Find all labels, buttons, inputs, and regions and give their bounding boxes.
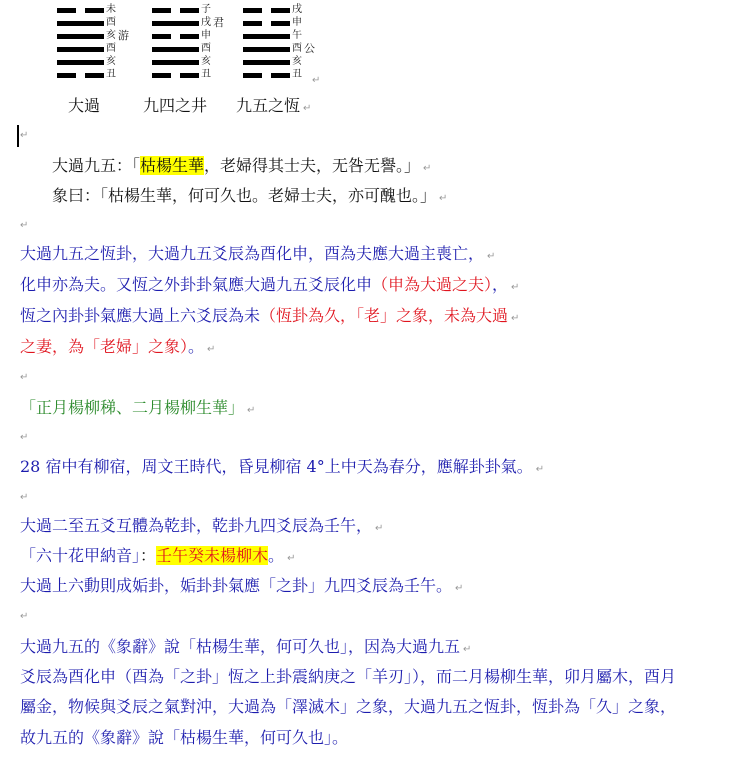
para4-line2-text: 爻辰為酉化申（酉為「之卦」恆之上卦震納庚之「羊刃」），而二月楊柳生華，卯月屬木，…: [20, 667, 676, 686]
para2-text: 28 宿中有柳宿，周文王時代，昏見柳宿 4°上中天為春分，應解卦卦氣。: [20, 457, 533, 476]
para1-line1-text: 大過九五之恆卦，大過九五爻辰為酉化申，酉為夫應大過主喪亡，: [20, 244, 484, 263]
paragraph-mark: ↵: [20, 611, 28, 622]
branch-label: 申: [201, 31, 211, 41]
para1-line3: 恆之內卦卦氣應大過上六爻辰為未（恆卦為久，「老」之象，未為大過↵: [20, 305, 519, 330]
yin-line: [243, 73, 290, 78]
hexagram-1: 子戌申酉亥丑君: [152, 8, 242, 88]
branch-label: 子: [201, 5, 211, 15]
branch-label: 酉: [292, 44, 302, 54]
text-cursor: [17, 125, 19, 147]
yin-line: [243, 8, 290, 13]
paragraph-mark: ↵: [20, 220, 28, 231]
paragraph-mark: ↵: [455, 583, 463, 594]
paragraph-mark: ↵: [20, 130, 28, 141]
branch-label: 戌: [292, 5, 302, 15]
para1-line2: 化申亦為夫。又恆之外卦卦氣應大過九五爻辰化申（申為大過之夫），↵: [20, 274, 519, 299]
yang-line: [243, 47, 290, 52]
branch-label: 亥: [106, 31, 116, 41]
para4-line4: 故九五的《象辭》說「枯楊生華，何可久也」。: [20, 727, 348, 749]
para2: 28 宿中有柳宿，周文王時代，昏見柳宿 4°上中天為春分，應解卦卦氣。↵: [20, 456, 544, 481]
paragraph-mark: ↵: [511, 313, 519, 324]
highlighted-text: 枯楊生華: [140, 156, 204, 175]
yin-line: [57, 73, 104, 78]
paragraph-mark: ↵: [423, 163, 431, 174]
para1-line2-red: （申為大過之夫）: [372, 275, 492, 294]
colon: ：: [140, 546, 156, 565]
branch-label: 酉: [106, 44, 116, 54]
para3-line1: 大過二至五爻互體為乾卦，乾卦九四爻辰為壬午，↵: [20, 515, 383, 540]
para1-line2-blue: 化申亦為夫。又恆之外卦卦氣應大過九五爻辰化申: [20, 275, 372, 294]
nayin-label: 「六十花甲納音」: [20, 546, 140, 565]
yin-line: [152, 8, 199, 13]
green-quote-text: 「正月楊柳稊、二月楊柳生華」: [20, 398, 244, 417]
quote1-prefix: 大過九五：「: [52, 156, 140, 175]
para3-line3: 大過上六動則成姤卦，姤卦卦氣應「之卦」九四爻辰為壬午。↵: [20, 575, 463, 600]
para3-line3-text: 大過上六動則成姤卦，姤卦卦氣應「之卦」九四爻辰為壬午。: [20, 576, 452, 595]
hexagram-0: 未酉亥酉亥丑游: [57, 8, 147, 88]
yin-line: [152, 34, 199, 39]
branch-label: 酉: [201, 44, 211, 54]
para4-line1-text: 大過九五的《象辭》說「枯楊生華，何可久也」，因為大過九五: [20, 637, 460, 656]
yin-line: [152, 73, 199, 78]
paragraph-mark: ↵: [20, 372, 28, 383]
yang-line: [57, 34, 104, 39]
branch-label: 酉: [106, 18, 116, 28]
para4-line3: 屬金，物候與爻辰之氣對沖，大過為「澤滅木」之象，大過九五之恆卦，恆卦為「久」之象…: [20, 696, 676, 718]
paragraph-mark: ↵: [207, 344, 215, 355]
side-mark: 公: [304, 43, 315, 54]
branch-label: 亥: [106, 57, 116, 67]
paragraph-mark: ↵: [463, 644, 471, 655]
side-mark: 君: [213, 17, 224, 28]
paragraph-mark: ↵: [303, 103, 311, 114]
paragraph-mark: ↵: [20, 432, 28, 443]
paragraph-mark: ↵: [247, 405, 255, 416]
hexagram-name-daguo: 大過: [68, 96, 100, 116]
branch-label: 丑: [292, 70, 302, 80]
branch-label: 申: [292, 18, 302, 28]
yang-line: [57, 21, 104, 26]
para1-line4: 之妻，為「老婦」之象）。↵: [20, 336, 215, 361]
side-mark: 游: [118, 30, 129, 41]
hexagram-name-jing: 九四之井: [143, 96, 207, 116]
paragraph-mark: ↵: [536, 464, 544, 475]
para1-line3-blue: 恆之內卦卦氣應大過上六爻辰為未: [20, 306, 260, 325]
paragraph-mark: ↵: [511, 282, 519, 293]
para1-line1: 大過九五之恆卦，大過九五爻辰為酉化申，酉為夫應大過主喪亡，↵: [20, 243, 495, 268]
branch-label: 丑: [106, 70, 116, 80]
hexagram-name-heng-text: 九五之恆: [236, 96, 300, 115]
para1-line2-end: ，: [492, 275, 508, 294]
para1-line3-red: （恆卦為久，「老」之象，未為大過: [260, 306, 508, 325]
quote-line-1: 大過九五：「枯楊生華，老婦得其士夫，无咎无譽。」↵: [52, 155, 431, 180]
yang-line: [57, 47, 104, 52]
quote-line-2: 象曰：「枯楊生華，何可久也。老婦士夫，亦可醜也。」↵: [52, 185, 447, 210]
paragraph-mark: ↵: [312, 75, 320, 86]
paragraph-mark: ↵: [487, 251, 495, 262]
yang-line: [243, 60, 290, 65]
para3-line2: 「六十花甲納音」：壬午癸未楊柳木。↵: [20, 545, 295, 570]
branch-label: 未: [106, 5, 116, 15]
para1-line4-red: 之妻，為「老婦」之象）: [20, 337, 188, 356]
paragraph-mark: ↵: [439, 193, 447, 204]
quote1-suffix: ，老婦得其士夫，无咎无譽。」: [204, 156, 420, 175]
branch-label: 亥: [201, 57, 211, 67]
yang-line: [152, 47, 199, 52]
yang-line: [152, 60, 199, 65]
para1-line4-end: 。: [188, 337, 204, 356]
yang-line: [57, 60, 104, 65]
paragraph-mark: ↵: [375, 523, 383, 534]
xiang-quote: 象曰：「枯楊生華，何可久也。老婦士夫，亦可醜也。」: [52, 186, 436, 205]
para3-line1-text: 大過二至五爻互體為乾卦，乾卦九四爻辰為壬午，: [20, 516, 372, 535]
para4-line4-text: 故九五的《象辭》說「枯楊生華，何可久也」。: [20, 728, 348, 747]
yang-line: [152, 21, 199, 26]
para4-line2: 爻辰為酉化申（酉為「之卦」恆之上卦震納庚之「羊刃」），而二月楊柳生華，卯月屬木，…: [20, 666, 676, 688]
highlighted-nayin: 壬午癸未楊柳木: [156, 546, 268, 565]
hexagram-name-heng: 九五之恆↵: [236, 96, 311, 119]
yin-line: [57, 8, 104, 13]
paragraph-mark: ↵: [287, 553, 295, 564]
green-quote: 「正月楊柳稊、二月楊柳生華」↵: [20, 397, 255, 422]
yang-line: [243, 34, 290, 39]
branch-label: 丑: [201, 70, 211, 80]
branch-label: 戌: [201, 18, 211, 28]
para4-line1: 大過九五的《象辭》說「枯楊生華，何可久也」，因為大過九五↵: [20, 636, 471, 661]
yin-line: [243, 21, 290, 26]
paragraph-mark: ↵: [20, 492, 28, 503]
branch-label: 午: [292, 31, 302, 41]
branch-label: 亥: [292, 57, 302, 67]
para4-line3-text: 屬金，物候與爻辰之氣對沖，大過為「澤滅木」之象，大過九五之恆卦，恆卦為「久」之象…: [20, 697, 676, 716]
para3-line2-end: 。: [268, 546, 284, 565]
